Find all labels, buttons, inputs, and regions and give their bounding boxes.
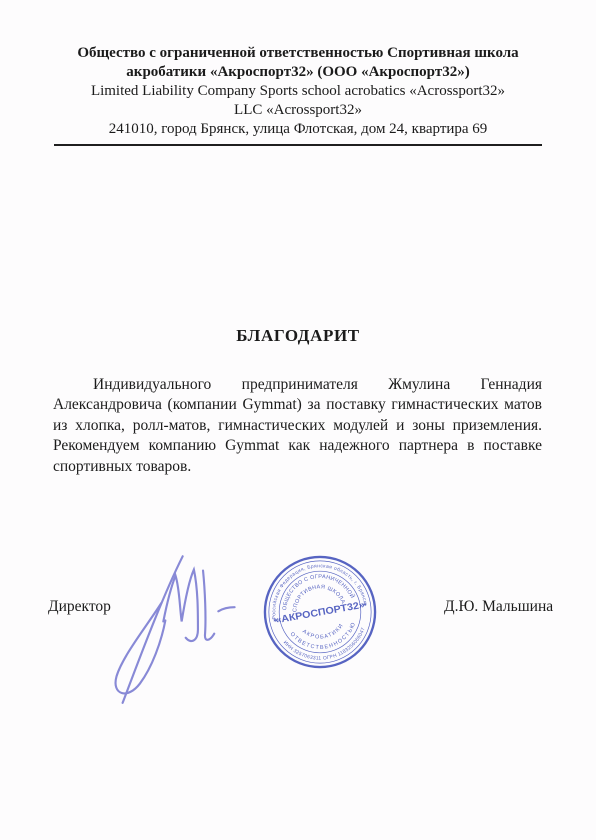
- letter-body: Индивидуального предпринимателя Жмулина …: [53, 375, 542, 478]
- letterhead: Общество с ограниченной ответственностью…: [0, 44, 596, 139]
- org-short-en: LLC «Acrossport32»: [0, 101, 596, 120]
- org-name: Общество с ограниченной ответственностью…: [59, 44, 537, 82]
- letter-page: Общество с ограниченной ответственностью…: [0, 0, 596, 840]
- letter-heading: БЛАГОДАРИТ: [0, 326, 596, 346]
- signature-scribble-icon: [104, 540, 242, 708]
- header-rule: [54, 144, 542, 146]
- org-name-en: Limited Liability Company Sports school …: [0, 82, 596, 101]
- org-address: 241010, город Брянск, улица Флотская, до…: [0, 120, 596, 139]
- company-stamp: Российская Федерация, Брянская область, …: [261, 553, 379, 671]
- director-name: Д.Ю. Мальшина: [444, 598, 553, 616]
- director-title: Директор: [48, 598, 111, 616]
